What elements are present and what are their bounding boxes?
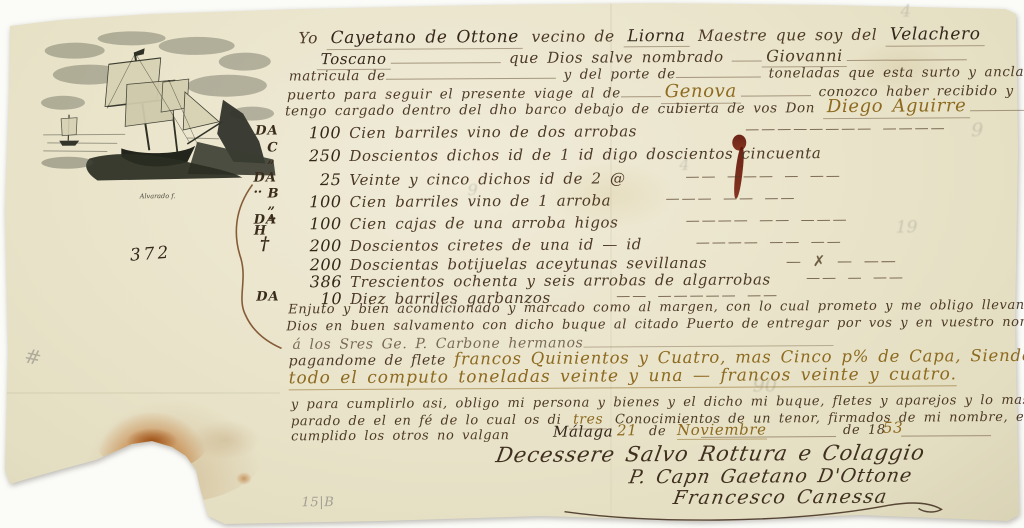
cargo-dashes: ———————— ————	[745, 120, 947, 137]
cargo-text: Veinte y cinco dichos id de 2 @	[349, 169, 625, 189]
dateline-day: 21	[617, 421, 637, 439]
cargo-mark-cross: †	[260, 236, 271, 251]
cargo-dashes: — ✗ — ——	[786, 252, 898, 271]
signature-flourish	[556, 495, 956, 525]
cargo-text: Cien cajas de una arroba higos	[350, 213, 619, 233]
dateline-de1: de	[649, 424, 666, 439]
margin-bracket	[214, 176, 295, 361]
cargo-qty: 100	[296, 214, 342, 233]
cargo-mark: DA	[256, 291, 279, 302]
ghost-mark: 19	[896, 218, 918, 238]
cargo-text: Doscientos dichos id de 1 id digo doscie…	[349, 144, 821, 165]
header-text: Maestre que soy del	[689, 26, 886, 45]
ghost-mark: 4	[900, 2, 911, 22]
header-line-1: Yo Cayetano de Ottone vecino de Liorna M…	[299, 24, 985, 48]
dateline-place: Málaga	[553, 422, 613, 440]
dateline-de2: de 18	[843, 423, 886, 438]
distant-ship	[59, 115, 79, 146]
cargo-text: Cien barriles vino de dos arrobas	[349, 122, 637, 142]
shipper-name: Diego Aguirre	[823, 95, 971, 119]
cargo-qty: 25	[295, 170, 341, 189]
cargo-dashes: —— — ——	[806, 270, 905, 287]
captain-name: Cayetano de Ottone	[327, 27, 523, 50]
header-text: vecino de	[523, 27, 623, 46]
ghost-mark: 9	[971, 119, 983, 141]
document-scan: Alvarado f. 372 # 15|B 4 9 19 90 9 4 Yo …	[0, 0, 1024, 528]
margin-number: 372	[129, 243, 172, 266]
cargo-dashes: ——— —— ——	[666, 190, 797, 207]
signature-captain: P. Capn Gaetano D'Ottone	[627, 465, 914, 489]
cargo-mark: DA	[255, 125, 278, 136]
home-port: Liorna	[623, 26, 689, 47]
cargo-dashes: ———— —— ——	[696, 234, 843, 251]
cargo-dashes: —— ——— — ——	[685, 168, 841, 185]
closing-line-3: cumplido los otros no valgan	[291, 428, 510, 444]
cargo-text: Doscientos ciretes de una id — id	[350, 235, 642, 255]
header-text: tengo cargado dentro del dho barco debaj…	[285, 100, 815, 119]
body-line-2: Dios en buen salvamento con dicho buque …	[286, 315, 1024, 335]
cargo-qty: 200	[296, 236, 342, 255]
cargo-mark: C „	[267, 142, 278, 164]
closing-text: parado de el en fé de lo cual os di	[291, 413, 569, 430]
vessel-type: Velachero	[886, 24, 985, 47]
document-content: Alvarado f. 372 # 15|B 4 9 19 90 9 4 Yo …	[0, 0, 1024, 528]
cargo-qty: 250	[295, 146, 341, 165]
signature-clause: Decessere Salvo Rottura e Colaggio	[494, 440, 927, 467]
shore-shade	[41, 157, 93, 169]
pencil-mark-left: #	[22, 343, 44, 370]
cargo-text: Cien barriles vino de 1 arroba	[350, 191, 612, 211]
cargo-qty: 100	[295, 123, 341, 142]
pencil-mark-bottom: 15|B	[301, 495, 334, 510]
cargo-qty: 100	[296, 192, 342, 211]
cargo-dashes: ———— —— ———	[686, 212, 849, 229]
engraver-caption: Alvarado f.	[139, 192, 176, 200]
tonnage-line: todo el computo toneladas veinte y una —…	[289, 364, 957, 390]
header-text: Yo	[299, 29, 327, 47]
header-line-5: tengo cargado dentro del dho barco debaj…	[285, 95, 1024, 121]
